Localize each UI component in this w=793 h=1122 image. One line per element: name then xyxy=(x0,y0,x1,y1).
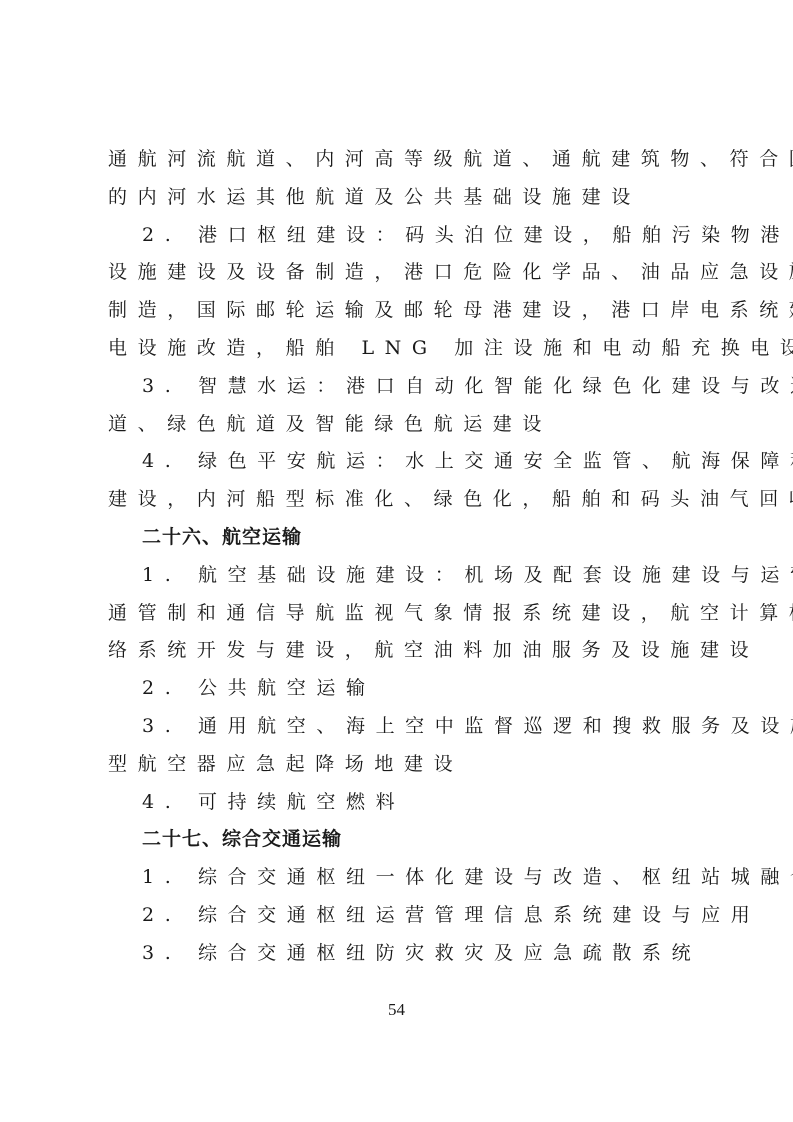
text-line: 通航河流航道、内河高等级航道、通航建筑物、符合国家战略方向 xyxy=(108,141,688,179)
text-line: 络系统开发与建设，航空油料加油服务及设施建设 xyxy=(108,632,688,670)
page-number: 54 xyxy=(0,1000,793,1020)
text-line: 建设，内河船型标准化、绿色化，船舶和码头油气回收设施建设 xyxy=(108,481,688,519)
list-item: 2. 港口枢纽建设：码头泊位建设，船舶污染物港口接收处置 xyxy=(108,217,688,255)
list-item: 4. 绿色平安航运：水上交通安全监管、航海保障和救助系统 xyxy=(108,443,688,481)
text-line: 通管制和通信导航监视气象情报系统建设，航空计算机管理及其网 xyxy=(108,595,688,633)
text-line: 道、绿色航道及智能绿色航运建设 xyxy=(108,406,688,444)
list-item: 1. 综合交通枢纽一体化建设与改造、枢纽站城融合开发 xyxy=(108,859,688,897)
text-line: 型航空器应急起降场地建设 xyxy=(108,746,688,784)
section-heading: 二十七、综合交通运输 xyxy=(108,821,688,859)
text-line: 电设施改造，船舶 LNG 加注设施和电动船充换电设施建设 xyxy=(108,330,688,368)
document-body: 通航河流航道、内河高等级航道、通航建筑物、符合国家战略方向 的内河水运其他航道及… xyxy=(108,141,688,973)
list-item: 3. 通用航空、海上空中监督巡逻和搜救服务及设施建设，小 xyxy=(108,708,688,746)
text-line: 设施建设及设备制造，港口危险化学品、油品应急设施建设及设备 xyxy=(108,254,688,292)
list-item: 2. 综合交通枢纽运营管理信息系统建设与应用 xyxy=(108,897,688,935)
list-item: 3. 综合交通枢纽防灾救灾及应急疏散系统 xyxy=(108,935,688,973)
text-line: 制造，国际邮轮运输及邮轮母港建设，港口岸电系统建设及船舶受 xyxy=(108,292,688,330)
text-line: 的内河水运其他航道及公共基础设施建设 xyxy=(108,179,688,217)
list-item: 4. 可持续航空燃料 xyxy=(108,784,688,822)
section-heading: 二十六、航空运输 xyxy=(108,519,688,557)
list-item: 2. 公共航空运输 xyxy=(108,670,688,708)
list-item: 3. 智慧水运：港口自动化智能化绿色化建设与改造，智慧航 xyxy=(108,368,688,406)
list-item: 1. 航空基础设施建设：机场及配套设施建设与运营，空中交 xyxy=(108,557,688,595)
